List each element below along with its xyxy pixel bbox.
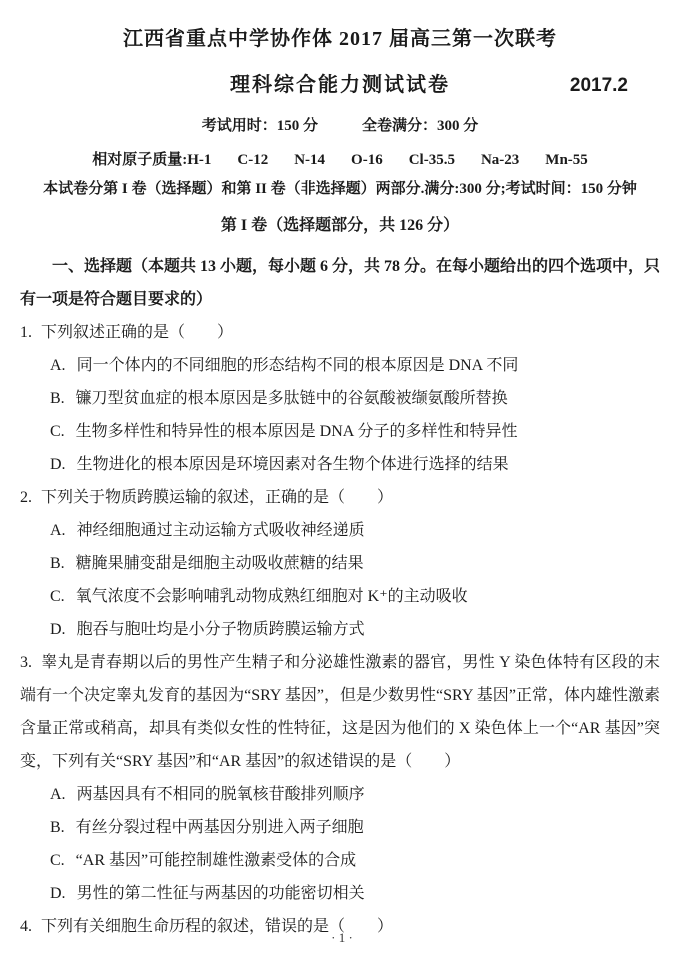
question-stem: 睾丸是青春期以后的男性产生精子和分泌雄性激素的器官，男性 Y 染色体特有区段的末… xyxy=(20,654,660,770)
atomic-mass-row: 相对原子质量:H-1C-12N-14O-16Cl-35.5Na-23Mn-55 xyxy=(20,150,660,171)
question-stem-row: 2.下列关于物质跨膜运输的叙述，正确的是（ ） xyxy=(20,481,660,514)
question-stem-row: 1.下列叙述正确的是（ ） xyxy=(20,316,660,349)
question-option: D.胞吞与胞吐均是小分子物质跨膜运输方式 xyxy=(20,613,660,646)
option-label: C. xyxy=(50,423,65,440)
part1-heading: 第 I 卷（选择题部分，共 126 分） xyxy=(20,215,660,237)
option-label: C. xyxy=(50,588,65,605)
atomic-mass-item: Cl-35.5 xyxy=(409,152,455,168)
question-stem-row: 3.睾丸是青春期以后的男性产生精子和分泌雄性激素的器官，男性 Y 染色体特有区段… xyxy=(20,646,660,778)
option-label: D. xyxy=(50,456,66,473)
option-label: D. xyxy=(50,621,66,638)
option-text: 神经细胞通过主动运输方式吸收神经递质 xyxy=(77,522,365,539)
option-label: B. xyxy=(50,555,65,572)
question-option: A.同一个体内的不同细胞的形态结构不同的根本原因是 DNA 不同 xyxy=(20,349,660,382)
question-stem: 下列叙述正确的是（ ） xyxy=(41,324,233,341)
option-text: “AR 基因”可能控制雄性激素受体的合成 xyxy=(76,852,356,869)
atomic-mass-item: C-12 xyxy=(237,152,268,168)
question-option: C.氧气浓度不会影响哺乳动物成熟红细胞对 K⁺的主动吸收 xyxy=(20,580,660,613)
question-2: 2.下列关于物质跨膜运输的叙述，正确的是（ ） A.神经细胞通过主动运输方式吸收… xyxy=(20,481,660,646)
option-label: A. xyxy=(50,786,66,803)
atomic-mass-item: N-14 xyxy=(294,152,325,168)
question-option: B.糖腌果脯变甜是细胞主动吸收蔗糖的结果 xyxy=(20,547,660,580)
option-text: 有丝分裂过程中两基因分别进入两子细胞 xyxy=(76,819,364,836)
question-option: A.神经细胞通过主动运输方式吸收神经递质 xyxy=(20,514,660,547)
exam-duration: 考试用时：150 分 xyxy=(202,118,318,134)
page-number: · 1 · xyxy=(0,930,684,946)
question-number: 3. xyxy=(20,654,32,671)
exam-date: 2017.2 xyxy=(570,73,628,99)
question-option: B.有丝分裂过程中两基因分别进入两子细胞 xyxy=(20,811,660,844)
option-text: 生物多样性和特异性的根本原因是 DNA 分子的多样性和特异性 xyxy=(76,423,518,440)
question-number: 2. xyxy=(20,489,32,506)
exam-paper-page: 江西省重点中学协作体 2017 届高三第一次联考 理科综合能力测试试卷 2017… xyxy=(0,0,684,954)
question-option: C.生物多样性和特异性的根本原因是 DNA 分子的多样性和特异性 xyxy=(20,415,660,448)
option-label: B. xyxy=(50,819,65,836)
option-label: C. xyxy=(50,852,65,869)
option-text: 同一个体内的不同细胞的形态结构不同的根本原因是 DNA 不同 xyxy=(77,357,519,374)
exam-structure-note: 本试卷分第 I 卷（选择题）和第 II 卷（非选择题）两部分.满分:300 分;… xyxy=(20,179,660,200)
atomic-mass-item: Mn-55 xyxy=(545,152,588,168)
option-label: A. xyxy=(50,522,66,539)
question-stem: 下列关于物质跨膜运输的叙述，正确的是（ ） xyxy=(41,489,393,506)
exam-info-row: 考试用时：150 分全卷满分：300 分 xyxy=(20,116,660,137)
option-text: 镰刀型贫血症的根本原因是多肽链中的谷氨酸被缬氨酸所替换 xyxy=(76,390,508,407)
option-text: 氧气浓度不会影响哺乳动物成熟红细胞对 K⁺的主动吸收 xyxy=(76,588,468,605)
question-option: B.镰刀型贫血症的根本原因是多肽链中的谷氨酸被缬氨酸所替换 xyxy=(20,382,660,415)
option-text: 男性的第二性征与两基因的功能密切相关 xyxy=(77,885,365,902)
atomic-mass-item: O-16 xyxy=(351,152,383,168)
subtitle-row: 理科综合能力测试试卷 2017.2 xyxy=(20,72,660,100)
question-option: C.“AR 基因”可能控制雄性激素受体的合成 xyxy=(20,844,660,877)
questions-body: 一、选择题（本题共 13 小题，每小题 6 分，共 78 分。在每小题给出的四个… xyxy=(20,250,660,943)
atomic-mass-label: 相对原子质量: xyxy=(92,152,187,168)
exam-subtitle: 理科综合能力测试试卷 xyxy=(230,74,450,96)
option-text: 两基因具有不相同的脱氧核苷酸排列顺序 xyxy=(77,786,365,803)
exam-title: 江西省重点中学协作体 2017 届高三第一次联考 xyxy=(20,26,660,52)
atomic-mass-item: Na-23 xyxy=(481,152,519,168)
option-label: B. xyxy=(50,390,65,407)
option-label: A. xyxy=(50,357,66,374)
question-option: A.两基因具有不相同的脱氧核苷酸排列顺序 xyxy=(20,778,660,811)
question-3: 3.睾丸是青春期以后的男性产生精子和分泌雄性激素的器官，男性 Y 染色体特有区段… xyxy=(20,646,660,910)
atomic-mass-item: H-1 xyxy=(187,152,211,168)
option-text: 糖腌果脯变甜是细胞主动吸收蔗糖的结果 xyxy=(76,555,364,572)
option-text: 胞吞与胞吐均是小分子物质跨膜运输方式 xyxy=(77,621,365,638)
question-1: 1.下列叙述正确的是（ ） A.同一个体内的不同细胞的形态结构不同的根本原因是 … xyxy=(20,316,660,481)
question-number: 1. xyxy=(20,324,32,341)
question-option: D.生物进化的根本原因是环境因素对各生物个体进行选择的结果 xyxy=(20,448,660,481)
option-text: 生物进化的根本原因是环境因素对各生物个体进行选择的结果 xyxy=(77,456,509,473)
section-intro: 一、选择题（本题共 13 小题，每小题 6 分，共 78 分。在每小题给出的四个… xyxy=(20,250,660,316)
exam-total-score: 全卷满分：300 分 xyxy=(362,118,478,134)
option-label: D. xyxy=(50,885,66,902)
question-option: D.男性的第二性征与两基因的功能密切相关 xyxy=(20,877,660,910)
